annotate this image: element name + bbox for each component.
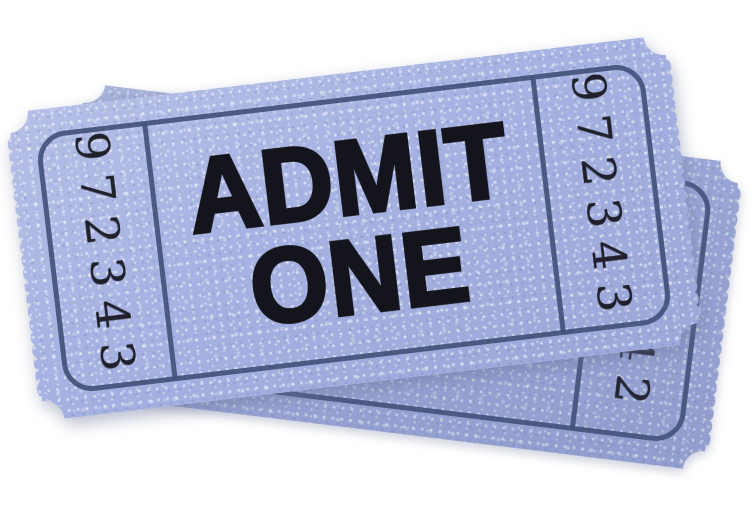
one-word: ONE — [245, 215, 475, 339]
left-stub-serial-number: 972343 — [64, 128, 148, 386]
admit-one-text: ADMIT ONE — [146, 67, 562, 388]
ticket-photo: 42 972343 972343 ADMIT ONE — [0, 0, 752, 528]
right-stub-serial-number: 972343 — [560, 69, 644, 327]
